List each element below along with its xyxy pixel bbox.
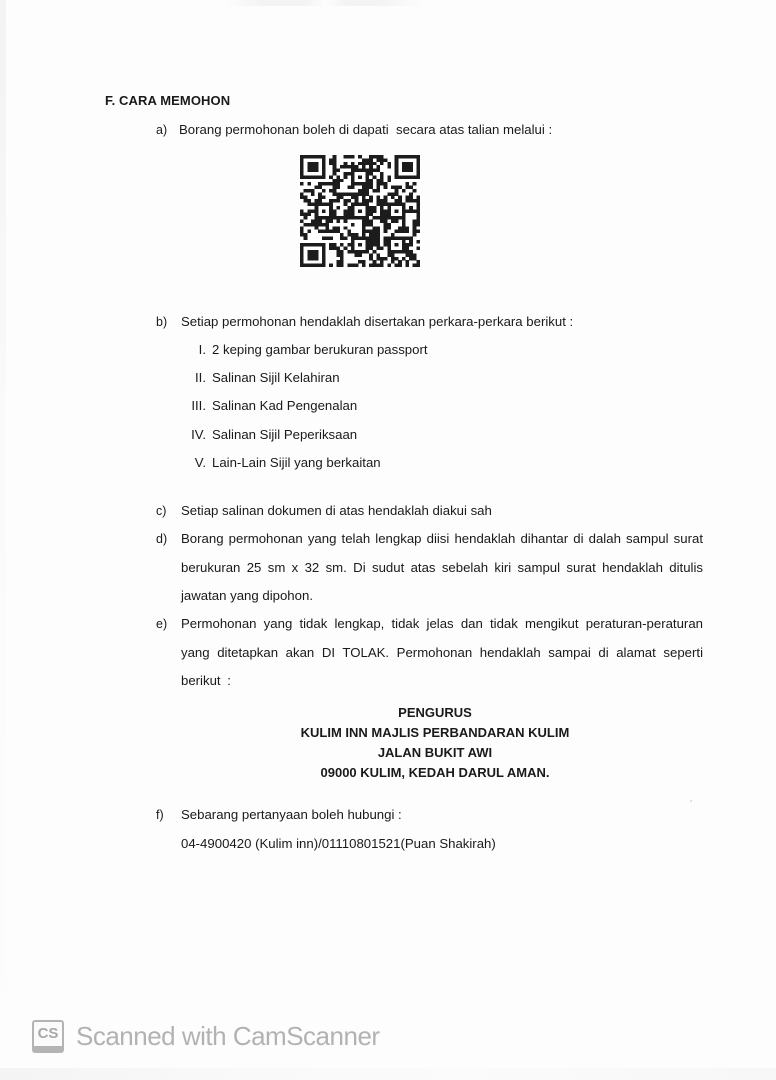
item-text: Borang permohonan boleh di dapati secara…: [179, 116, 552, 145]
sub-item-text: Salinan Sijil Kelahiran: [212, 364, 340, 392]
item-marker: c): [156, 497, 166, 526]
address-line: JALAN BUKIT AWI: [240, 743, 630, 763]
sub-list-item: II.Salinan Sijil Kelahiran: [160, 364, 560, 392]
sub-list-item: IV.Salinan Sijil Peperiksaan: [160, 421, 560, 449]
roman-numeral: V.: [160, 449, 206, 477]
scan-bleed-through: [225, 0, 425, 6]
roman-numeral: I.: [160, 336, 206, 364]
item-marker: e): [156, 610, 167, 639]
sub-list-item: I.2 keping gambar berukuran passport: [160, 336, 560, 364]
scanned-document-page: F. CARA MEMOHON a) Borang permohonan bol…: [0, 0, 776, 1080]
camscanner-logo-icon: CS: [32, 1020, 64, 1053]
item-paragraph: Permohonan yang tidak lengkap, tidak jel…: [181, 610, 703, 696]
address-line: PENGURUS: [240, 703, 630, 723]
sub-list-item: III.Salinan Kad Pengenalan: [160, 392, 560, 420]
sub-item-text: Lain-Lain Sijil yang berkaitan: [212, 449, 381, 477]
roman-numeral: III.: [160, 392, 206, 420]
sub-item-text: 2 keping gambar berukuran passport: [212, 336, 428, 364]
item-marker: a): [156, 116, 167, 145]
address-line: KULIM INN MAJLIS PERBANDARAN KULIM: [240, 723, 630, 743]
camscanner-watermark: CS Scanned with CamScanner: [32, 1018, 380, 1054]
section-title: F. CARA MEMOHON: [105, 93, 230, 108]
item-text: Setiap permohonan hendaklah disertakan p…: [181, 308, 573, 337]
roman-numeral: II.: [160, 364, 206, 392]
scan-speck: [690, 800, 692, 802]
item-marker: f): [156, 801, 164, 830]
watermark-text: Scanned with CamScanner: [76, 1021, 380, 1052]
item-text: Setiap salinan dokumen di atas hendaklah…: [181, 497, 492, 526]
address-line: 09000 KULIM, KEDAH DARUL AMAN.: [240, 763, 630, 783]
scan-bleed-through-bottom: [0, 1068, 776, 1080]
mailing-address: PENGURUSKULIM INN MAJLIS PERBANDARAN KUL…: [240, 703, 630, 783]
sub-item-text: Salinan Kad Pengenalan: [212, 392, 357, 420]
item-marker: b): [156, 308, 167, 337]
item-marker: d): [156, 525, 167, 554]
required-documents-list: I.2 keping gambar berukuran passportII.S…: [160, 336, 560, 477]
scan-edge-shadow: [0, 0, 6, 1080]
item-text: Sebarang pertanyaan boleh hubungi :: [181, 801, 402, 830]
contact-numbers: 04-4900420 (Kulim inn)/01110801521(Puan …: [181, 830, 496, 858]
sub-item-text: Salinan Sijil Peperiksaan: [212, 421, 357, 449]
qr-code-icon[interactable]: [300, 155, 420, 267]
item-paragraph: Borang permohonan yang telah lengkap dii…: [181, 525, 703, 611]
roman-numeral: IV.: [160, 421, 206, 449]
sub-list-item: V.Lain-Lain Sijil yang berkaitan: [160, 449, 560, 477]
